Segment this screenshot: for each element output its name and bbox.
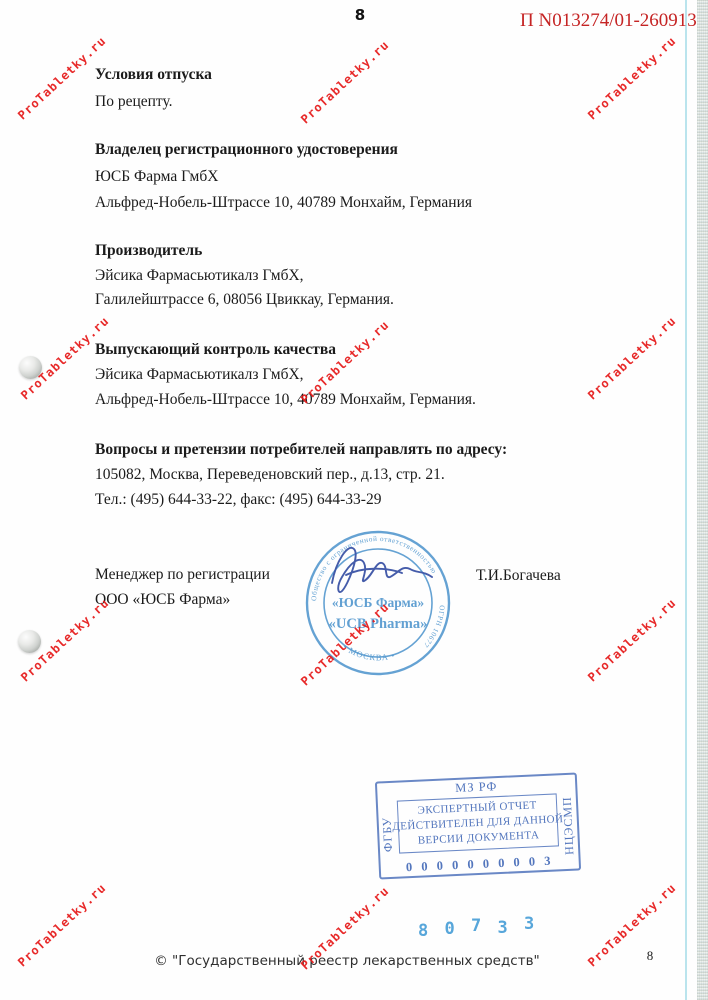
round-stamp-center-en: «UCB Pharma» <box>329 616 428 632</box>
document-page: 8 П N013274/01-260913 Условия отпуска По… <box>0 0 708 1000</box>
signer-role-line2: ООО «ЮСБ Фарма» <box>95 591 230 609</box>
signer-name: Т.И.Богачева <box>476 567 561 585</box>
rect-stamp-serial: 0 0 0 0 0 0 0 0 0 3 <box>381 852 579 876</box>
scan-edge-strip <box>697 0 708 1000</box>
section-line: Альфред-Нобель-Штрассе 10, 40789 Монхайм… <box>95 391 476 409</box>
signer-role-line1: Менеджер по регистрации <box>95 566 270 584</box>
stamp-digit: 0 <box>445 919 455 939</box>
footer-copyright: © "Государственный реестр лекарственных … <box>0 953 694 969</box>
punch-hole <box>18 630 41 653</box>
rect-stamp-inner-box: ЭКСПЕРТНЫЙ ОТЧЕТ ДЕЙСТВИТЕЛЕН ДЛЯ ДАННОЙ… <box>397 793 559 853</box>
stamp-digit: 3 <box>524 914 534 934</box>
section-line: 105082, Москва, Переведеновский пер., д.… <box>95 466 445 484</box>
expert-report-stamp: МЗ РФ ФГБУ НЦЭСМП ЭКСПЕРТНЫЙ ОТЧЕТ ДЕЙСТ… <box>375 772 581 879</box>
section-line: Альфред-Нобель-Штрассе 10, 40789 Монхайм… <box>95 194 472 212</box>
section-heading-manufacturer: Производитель <box>95 242 202 260</box>
watermark: ProTabletky.ru <box>585 34 679 123</box>
section-line: По рецепту. <box>95 93 173 111</box>
section-heading-claims-address: Вопросы и претензии потребителей направл… <box>95 441 507 459</box>
watermark: ProTabletky.ru <box>585 314 679 403</box>
section-line: Галилейштрассе 6, 08056 Цвиккау, Германи… <box>95 291 394 309</box>
section-line: ЮСБ Фарма ГмбХ <box>95 168 218 186</box>
section-heading-dispensing: Условия отпуска <box>95 66 212 84</box>
section-heading-license-holder: Владелец регистрационного удостоверения <box>95 141 398 159</box>
section-line: Тел.: (495) 644-33-22, факс: (495) 644-3… <box>95 491 381 509</box>
section-line: Эйсика Фармасьютикалз ГмбХ, <box>95 267 304 285</box>
page-number-top: 8 <box>340 6 380 24</box>
watermark: ProTabletky.ru <box>585 596 679 685</box>
round-stamp-ring-bottom-text: • МОСКВА • <box>341 642 396 663</box>
round-stamp-center-ru: «ЮСБ Фарма» <box>332 595 425 610</box>
section-heading-quality-control: Выпускающий контроль качества <box>95 341 336 359</box>
page-number-bottom: 8 <box>640 948 660 964</box>
svg-text:• МОСКВА •: • МОСКВА • <box>341 642 396 663</box>
scan-edge-line <box>685 0 687 1000</box>
document-number-stamp: 8 0 7 3 3 <box>418 916 540 936</box>
company-round-stamp: Общество с ограниченной ответственностью… <box>302 527 454 679</box>
registration-number: П N013274/01-260913 <box>520 10 705 32</box>
stamp-digit: 3 <box>498 918 508 938</box>
punch-hole <box>19 356 42 379</box>
stamp-digit: 7 <box>471 916 481 936</box>
watermark: ProTabletky.ru <box>298 38 392 127</box>
section-line: Эйсика Фармасьютикалз ГмбХ, <box>95 366 304 384</box>
stamp-digit: 8 <box>418 921 428 941</box>
